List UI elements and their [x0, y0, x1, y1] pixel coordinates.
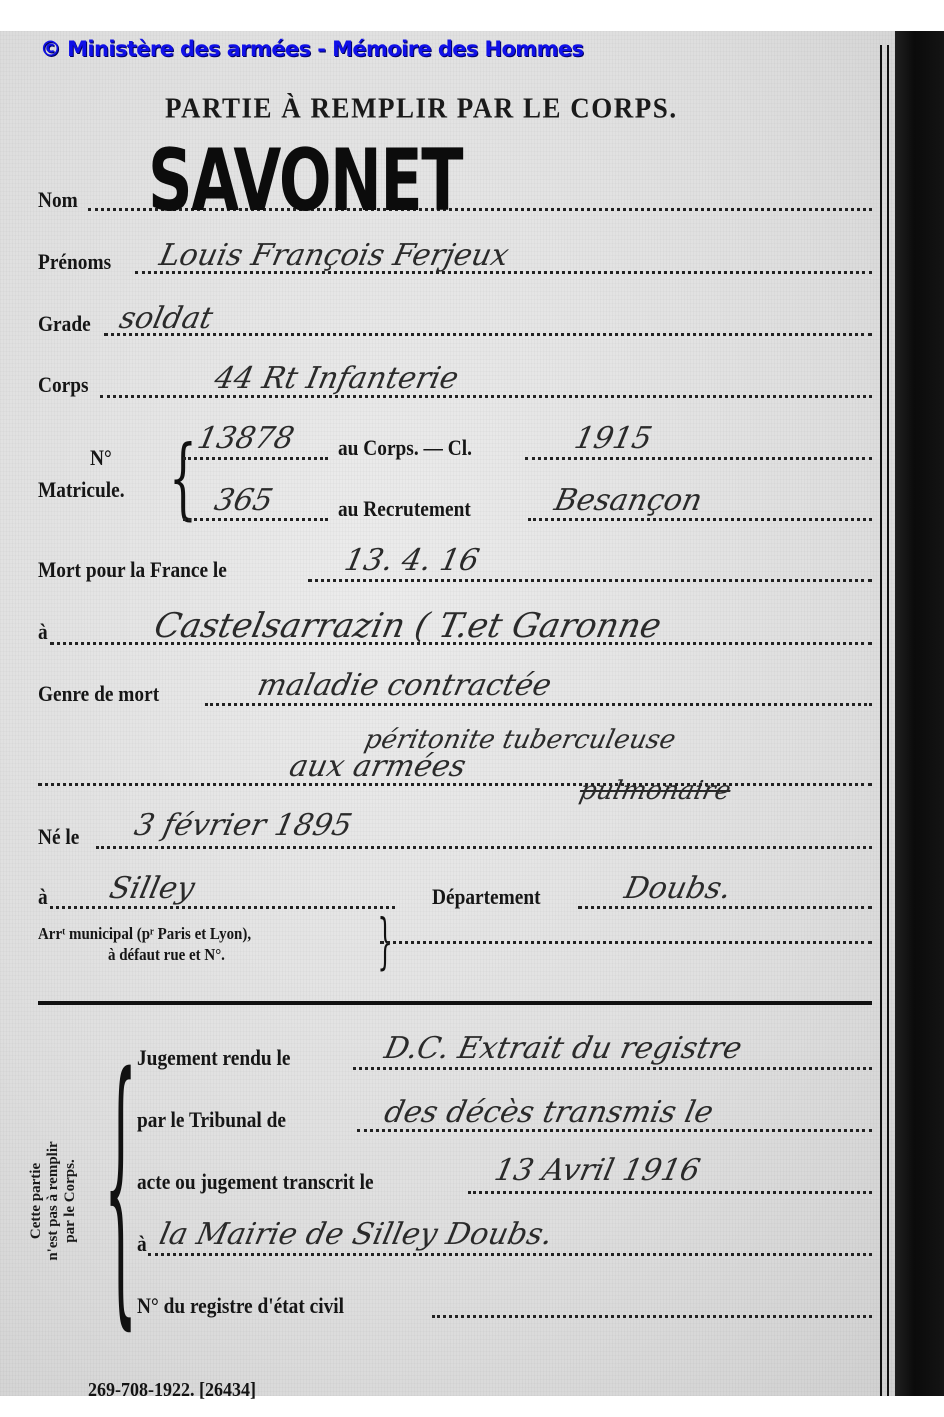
classe-value: 1915: [571, 421, 655, 456]
recrutement-label: au Recrutement: [338, 496, 471, 522]
grade-value: soldat: [116, 301, 216, 336]
lieu-naissance-line: [50, 906, 395, 909]
prenoms-value: Louis François Ferjeux: [156, 238, 512, 273]
nom-label: Nom: [38, 187, 78, 213]
ne-le-value: 3 février 1895: [131, 808, 355, 843]
genre-de-mort-line: [205, 703, 872, 706]
jugement-label: Jugement rendu le: [137, 1045, 290, 1071]
section-divider: [38, 1001, 872, 1005]
scan-edge: [895, 31, 944, 1396]
recrutement-line: [528, 518, 872, 521]
side-note-line2: n'est pas à remplir: [45, 1101, 62, 1301]
matricule-label-no: N°: [90, 445, 112, 471]
prenoms-label: Prénoms: [38, 249, 111, 275]
mort-label: Mort pour la France le: [38, 557, 227, 583]
matricule-corps-label: au Corps. — Cl.: [338, 435, 472, 461]
grade-line: [104, 333, 872, 336]
arrondissement-line: [380, 941, 872, 944]
recrutement-place-value: Besançon: [551, 483, 705, 518]
classe-line: [525, 457, 872, 460]
transcrit-value: 13 Avril 1916: [491, 1153, 703, 1188]
lower-section-brace: {: [104, 1041, 137, 1331]
jugement-value: D.C. Extrait du registre: [381, 1031, 745, 1066]
genre-de-mort-label: Genre de mort: [38, 681, 159, 707]
departement-value: Doubs.: [621, 871, 734, 906]
departement-line: [578, 906, 872, 909]
form-reference-code: 269-708-1922. [26434]: [88, 1379, 256, 1402]
arrondissement-label-line1: Arrᵗ municipal (pʳ Paris et Lyon),: [38, 924, 251, 944]
form-heading: PARTIE À REMPLIR PAR LE CORPS.: [165, 92, 678, 125]
transcrit-label: acte ou jugement transcrit le: [137, 1169, 374, 1195]
matricule-brace: {: [169, 426, 197, 529]
grade-label: Grade: [38, 311, 91, 337]
margin-rule-left: [880, 45, 882, 1396]
registre-label: N° du registre d'état civil: [137, 1293, 344, 1319]
genre-de-mort-annotation-below: pulmonaire: [577, 776, 734, 806]
side-note-line1: Cette partie: [28, 1101, 45, 1301]
registre-line: [432, 1315, 872, 1318]
lieu-transcription-line: [148, 1253, 872, 1256]
ne-le-label: Né le: [38, 824, 79, 850]
corps-value: 44 Rt Infanterie: [211, 361, 461, 396]
jugement-line: [353, 1067, 872, 1070]
arrondissement-label-line2: à défaut rue et N°.: [108, 945, 225, 965]
ne-le-line: [96, 846, 872, 849]
nom-value: SAVONET: [148, 131, 462, 231]
lieu-naissance-value: Silley: [106, 871, 197, 906]
matricule-recrutement-value: 365: [211, 483, 276, 518]
transcrit-line: [468, 1191, 872, 1194]
matricule-corps-line: [183, 457, 328, 460]
lieu-transcription-label: à: [137, 1231, 147, 1257]
lieu-deces-label: à: [38, 619, 48, 645]
genre-de-mort-value: maladie contractée: [254, 668, 554, 703]
lieu-deces-value: Castelsarrazin ( T.et Garonne: [151, 606, 665, 646]
mort-line: [308, 579, 872, 582]
matricule-label: Matricule.: [38, 477, 125, 503]
corps-label: Corps: [38, 372, 89, 398]
lieu-naissance-label: à: [38, 884, 48, 910]
matricule-corps-value: 13878: [194, 421, 297, 456]
genre-de-mort-value-line2: aux armées: [286, 749, 469, 784]
side-note-line3: par le Corps.: [62, 1101, 79, 1301]
document-page: © Ministère des armées - Mémoire des Hom…: [0, 31, 944, 1396]
tribunal-label: par le Tribunal de: [137, 1107, 286, 1133]
departement-label: Département: [432, 884, 541, 910]
margin-rule-right: [887, 45, 889, 1396]
copyright-watermark: © Ministère des armées - Mémoire des Hom…: [40, 37, 583, 61]
mort-date-value: 13. 4. 16: [341, 543, 482, 578]
tribunal-value: des décès transmis le: [381, 1095, 716, 1130]
arrondissement-brace: {: [377, 911, 392, 981]
lieu-transcription-value: la Mairie de Silley Doubs.: [156, 1217, 556, 1252]
side-note: Cette partie n'est pas à remplir par le …: [28, 1101, 79, 1301]
matricule-recrutement-line: [183, 518, 328, 521]
